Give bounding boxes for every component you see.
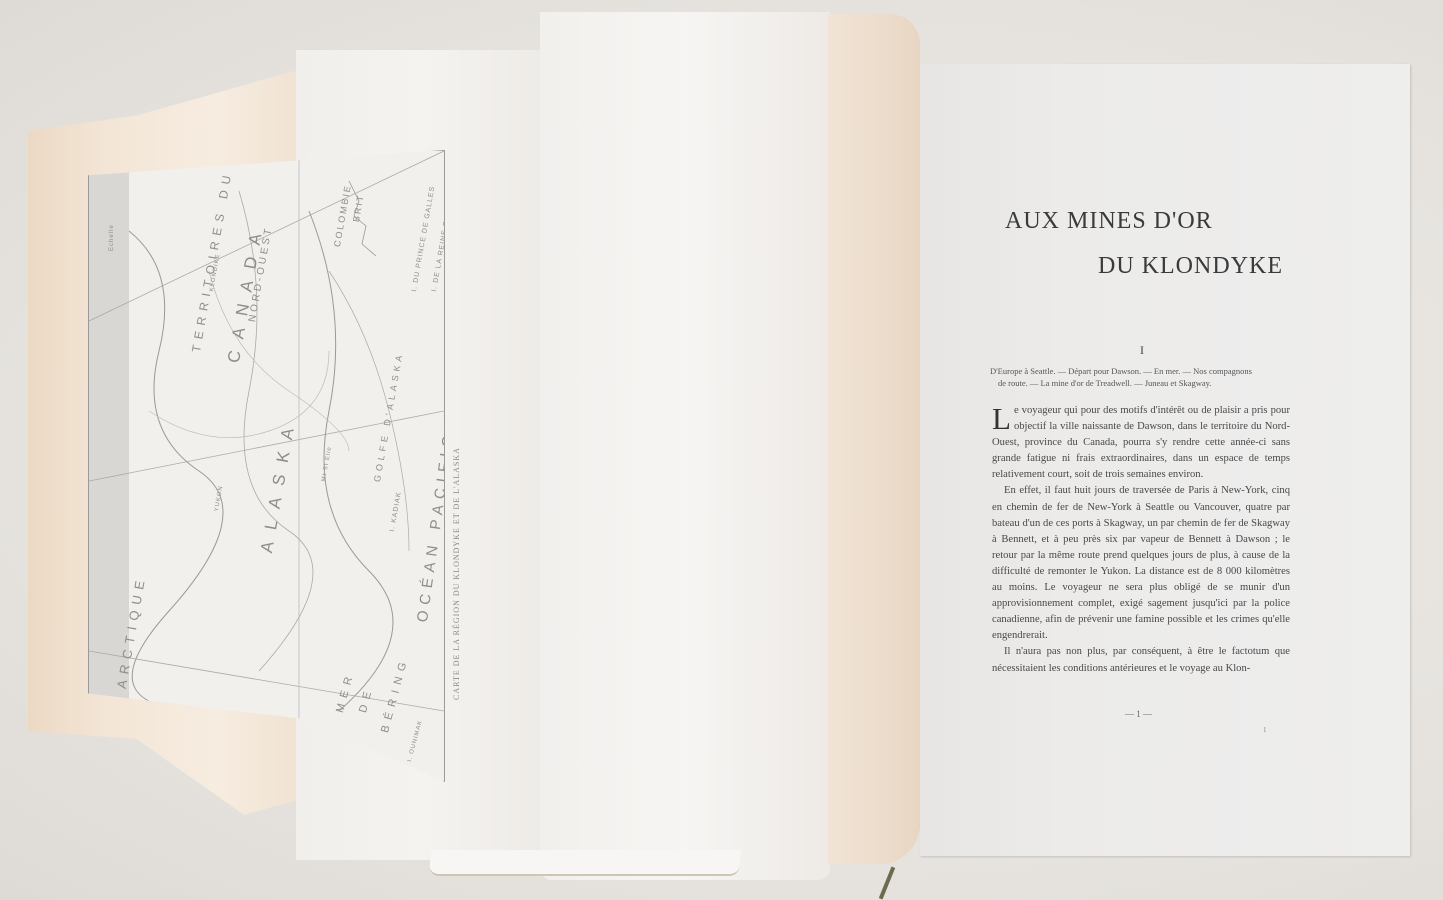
drop-cap: L xyxy=(992,405,1011,433)
map-scale-label: Echelle xyxy=(109,224,115,251)
map-caption: CARTE DE LA RÉGION DU KLONDYKE ET DE L'A… xyxy=(452,447,461,700)
chapter-number: I xyxy=(1140,343,1144,358)
spine-band xyxy=(429,850,741,876)
book-title-line2: DU KLONDYKE xyxy=(1098,253,1283,280)
chapter-summary-line: de route. — La mine d'or de Treadwell. —… xyxy=(990,377,1290,389)
book-title-line1: AUX MINES D'OR xyxy=(1005,208,1213,235)
paragraph: Le voyageur qui pour des motifs d'intérê… xyxy=(992,403,1290,483)
blank-page xyxy=(540,12,830,880)
signature-mark: 1 xyxy=(1263,726,1267,734)
paragraph: Il n'aura pas non plus, par conséquent, … xyxy=(992,644,1290,676)
chapter-summary: D'Europe à Seattle. — Départ pour Dawson… xyxy=(990,365,1290,389)
chapter-summary-line: D'Europe à Seattle. — Départ pour Dawson… xyxy=(990,365,1290,377)
paragraph: En effet, il faut huit jours de traversé… xyxy=(992,483,1290,644)
page-number: — 1 — xyxy=(1125,709,1152,719)
map-klondike-alaska: OCÉAN ARCTIQUE OCÉAN PACIFIQUE ALASKA CA… xyxy=(88,150,445,782)
page-edge-tanned xyxy=(828,14,920,864)
chapter-body: Le voyageur qui pour des motifs d'intérê… xyxy=(992,403,1290,677)
